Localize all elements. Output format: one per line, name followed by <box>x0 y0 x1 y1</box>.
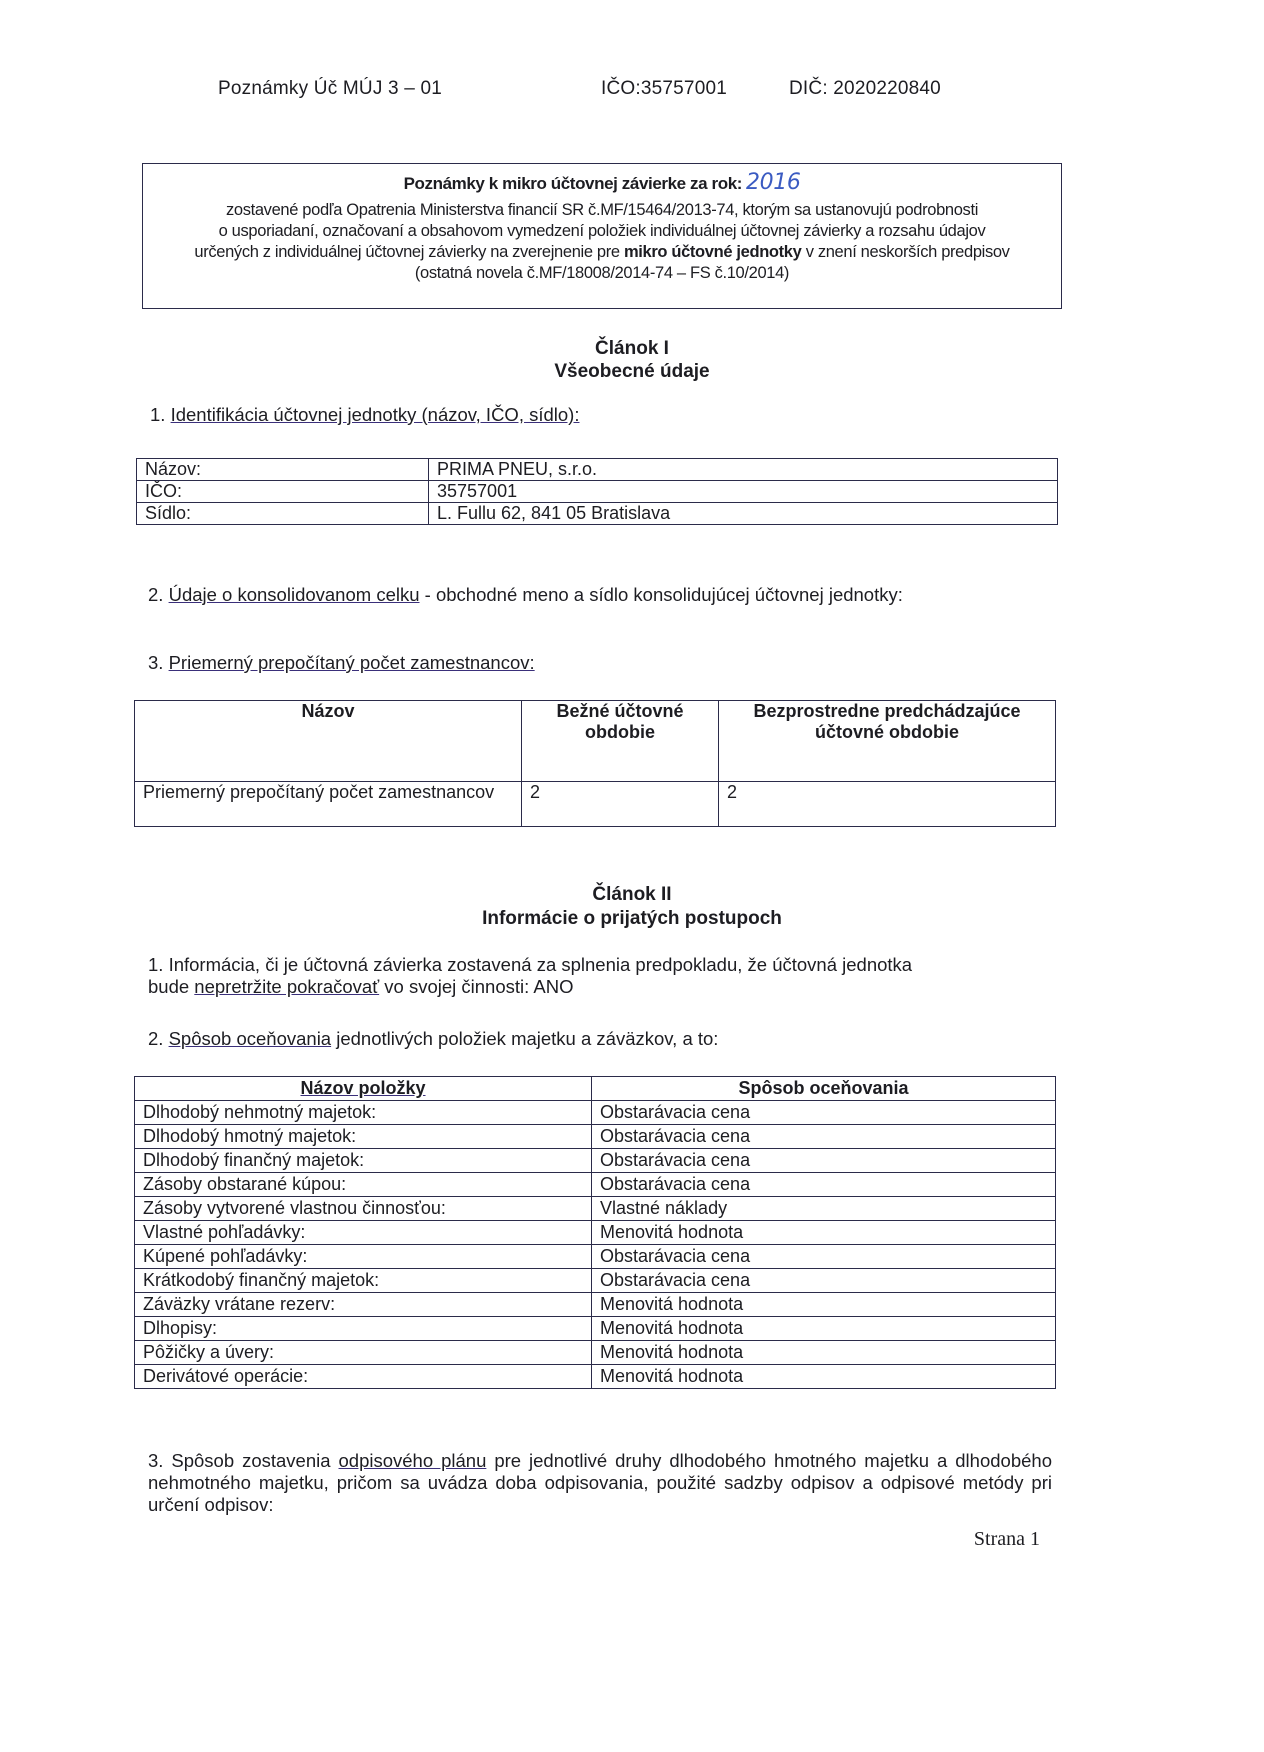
table-row: Dlhopisy:Menovitá hodnota <box>135 1317 1056 1341</box>
column-header: Názov <box>135 701 522 782</box>
id-label: Názov: <box>137 459 429 481</box>
ico-header: IČO:35757001 <box>601 78 727 100</box>
item-name: Dlhodobý finančný majetok: <box>135 1149 592 1173</box>
column-header: Názov položky <box>135 1077 592 1101</box>
valuation-method: Menovitá hodnota <box>592 1221 1056 1245</box>
column-header: Bežné účtovné obdobie <box>522 701 719 782</box>
item-name: Dlhodobý hmotný majetok: <box>135 1125 592 1149</box>
column-header: Bezprostredne predchádzajúce účtovné obd… <box>719 701 1056 782</box>
article1-subtitle: Všeobecné údaje <box>0 361 1264 383</box>
employees-table: Názov Bežné účtovné obdobie Bezprostredn… <box>134 700 1056 827</box>
valuation-method: Vlastné náklady <box>592 1197 1056 1221</box>
article1-item2: 2. Údaje o konsolidovanom celku - obchod… <box>148 584 903 606</box>
item-name: Zásoby vytvorené vlastnou činnosťou: <box>135 1197 592 1221</box>
table-row: IČO:35757001 <box>137 481 1058 503</box>
valuation-method: Obstarávacia cena <box>592 1125 1056 1149</box>
cell: Priemerný prepočítaný počet zamestnancov <box>135 782 522 827</box>
handwritten-year: 2016 <box>746 170 800 195</box>
table-header-row: Názov položky Spôsob oceňovania <box>135 1077 1056 1101</box>
table-row: Záväzky vrátane rezerv:Menovitá hodnota <box>135 1293 1056 1317</box>
intro-line: zostavené podľa Opatrenia Ministerstva f… <box>143 200 1061 221</box>
article1-item1: 1. Identifikácia účtovnej jednotky (názo… <box>150 404 579 426</box>
valuation-method: Obstarávacia cena <box>592 1101 1056 1125</box>
dic-header: DIČ: 2020220840 <box>789 78 941 100</box>
valuation-method: Obstarávacia cena <box>592 1149 1056 1173</box>
item-name: Derivátové operácie: <box>135 1365 592 1389</box>
item-name: Vlastné pohľadávky: <box>135 1221 592 1245</box>
id-value: L. Fullu 62, 841 05 Bratislava <box>429 503 1058 525</box>
valuation-method: Menovitá hodnota <box>592 1341 1056 1365</box>
intro-body: zostavené podľa Opatrenia Ministerstva f… <box>143 200 1061 284</box>
article2-title: Článok II <box>0 884 1264 906</box>
valuation-method: Menovitá hodnota <box>592 1293 1056 1317</box>
valuation-table: Názov položky Spôsob oceňovania Dlhodobý… <box>134 1076 1056 1389</box>
article1-title: Článok I <box>0 338 1264 360</box>
form-code: Poznámky Úč MÚJ 3 – 01 <box>218 78 442 100</box>
cell: 2 <box>522 782 719 827</box>
notes-title: Poznámky k mikro účtovnej závierke za ro… <box>143 170 1061 195</box>
item-name: Pôžičky a úvery: <box>135 1341 592 1365</box>
table-row: Zásoby vytvorené vlastnou činnosťou:Vlas… <box>135 1197 1056 1221</box>
id-label: IČO: <box>137 481 429 503</box>
page-number: Strana 1 <box>974 1528 1040 1551</box>
article2-item1: 1. Informácia, či je účtovná závierka zo… <box>148 954 1052 998</box>
table-row: Derivátové operácie:Menovitá hodnota <box>135 1365 1056 1389</box>
intro-line: určených z individuálnej účtovnej závier… <box>143 242 1061 263</box>
table-row: Krátkodobý finančný majetok:Obstarávacia… <box>135 1269 1056 1293</box>
id-value: 35757001 <box>429 481 1058 503</box>
table-row: Dlhodobý finančný majetok:Obstarávacia c… <box>135 1149 1056 1173</box>
cell: 2 <box>719 782 1056 827</box>
article2-item3: 3. Spôsob zostavenia odpisového plánu pr… <box>148 1450 1052 1516</box>
identification-table: Názov:PRIMA PNEU, s.r.o. IČO:35757001 Sí… <box>136 458 1058 525</box>
valuation-method: Menovitá hodnota <box>592 1365 1056 1389</box>
item-name: Kúpené pohľadávky: <box>135 1245 592 1269</box>
table-row: Kúpené pohľadávky:Obstarávacia cena <box>135 1245 1056 1269</box>
valuation-method: Obstarávacia cena <box>592 1245 1056 1269</box>
column-header: Spôsob oceňovania <box>592 1077 1056 1101</box>
article2-subtitle: Informácie o prijatých postupoch <box>0 908 1264 930</box>
table-row: Dlhodobý hmotný majetok:Obstarávacia cen… <box>135 1125 1056 1149</box>
table-row: Zásoby obstarané kúpou:Obstarávacia cena <box>135 1173 1056 1197</box>
table-row: Názov:PRIMA PNEU, s.r.o. <box>137 459 1058 481</box>
id-label: Sídlo: <box>137 503 429 525</box>
table-row: Vlastné pohľadávky:Menovitá hodnota <box>135 1221 1056 1245</box>
intro-line: o usporiadaní, označovaní a obsahovom vy… <box>143 221 1061 242</box>
id-value: PRIMA PNEU, s.r.o. <box>429 459 1058 481</box>
item-name: Zásoby obstarané kúpou: <box>135 1173 592 1197</box>
table-row: Dlhodobý nehmotný majetok:Obstarávacia c… <box>135 1101 1056 1125</box>
table-row: Sídlo:L. Fullu 62, 841 05 Bratislava <box>137 503 1058 525</box>
table-row: Pôžičky a úvery:Menovitá hodnota <box>135 1341 1056 1365</box>
article1-item3: 3. Priemerný prepočítaný počet zamestnan… <box>148 652 535 674</box>
item-name: Dlhodobý nehmotný majetok: <box>135 1101 592 1125</box>
item-name: Dlhopisy: <box>135 1317 592 1341</box>
item-name: Záväzky vrátane rezerv: <box>135 1293 592 1317</box>
valuation-method: Menovitá hodnota <box>592 1317 1056 1341</box>
intro-line: (ostatná novela č.MF/18008/2014-74 – FS … <box>143 263 1061 284</box>
article2-item2: 2. Spôsob oceňovania jednotlivých položi… <box>148 1028 718 1050</box>
table-row: Priemerný prepočítaný počet zamestnancov… <box>135 782 1056 827</box>
valuation-method: Obstarávacia cena <box>592 1269 1056 1293</box>
intro-box: Poznámky k mikro účtovnej závierke za ro… <box>142 163 1062 309</box>
table-header-row: Názov Bežné účtovné obdobie Bezprostredn… <box>135 701 1056 782</box>
valuation-method: Obstarávacia cena <box>592 1173 1056 1197</box>
item-name: Krátkodobý finančný majetok: <box>135 1269 592 1293</box>
